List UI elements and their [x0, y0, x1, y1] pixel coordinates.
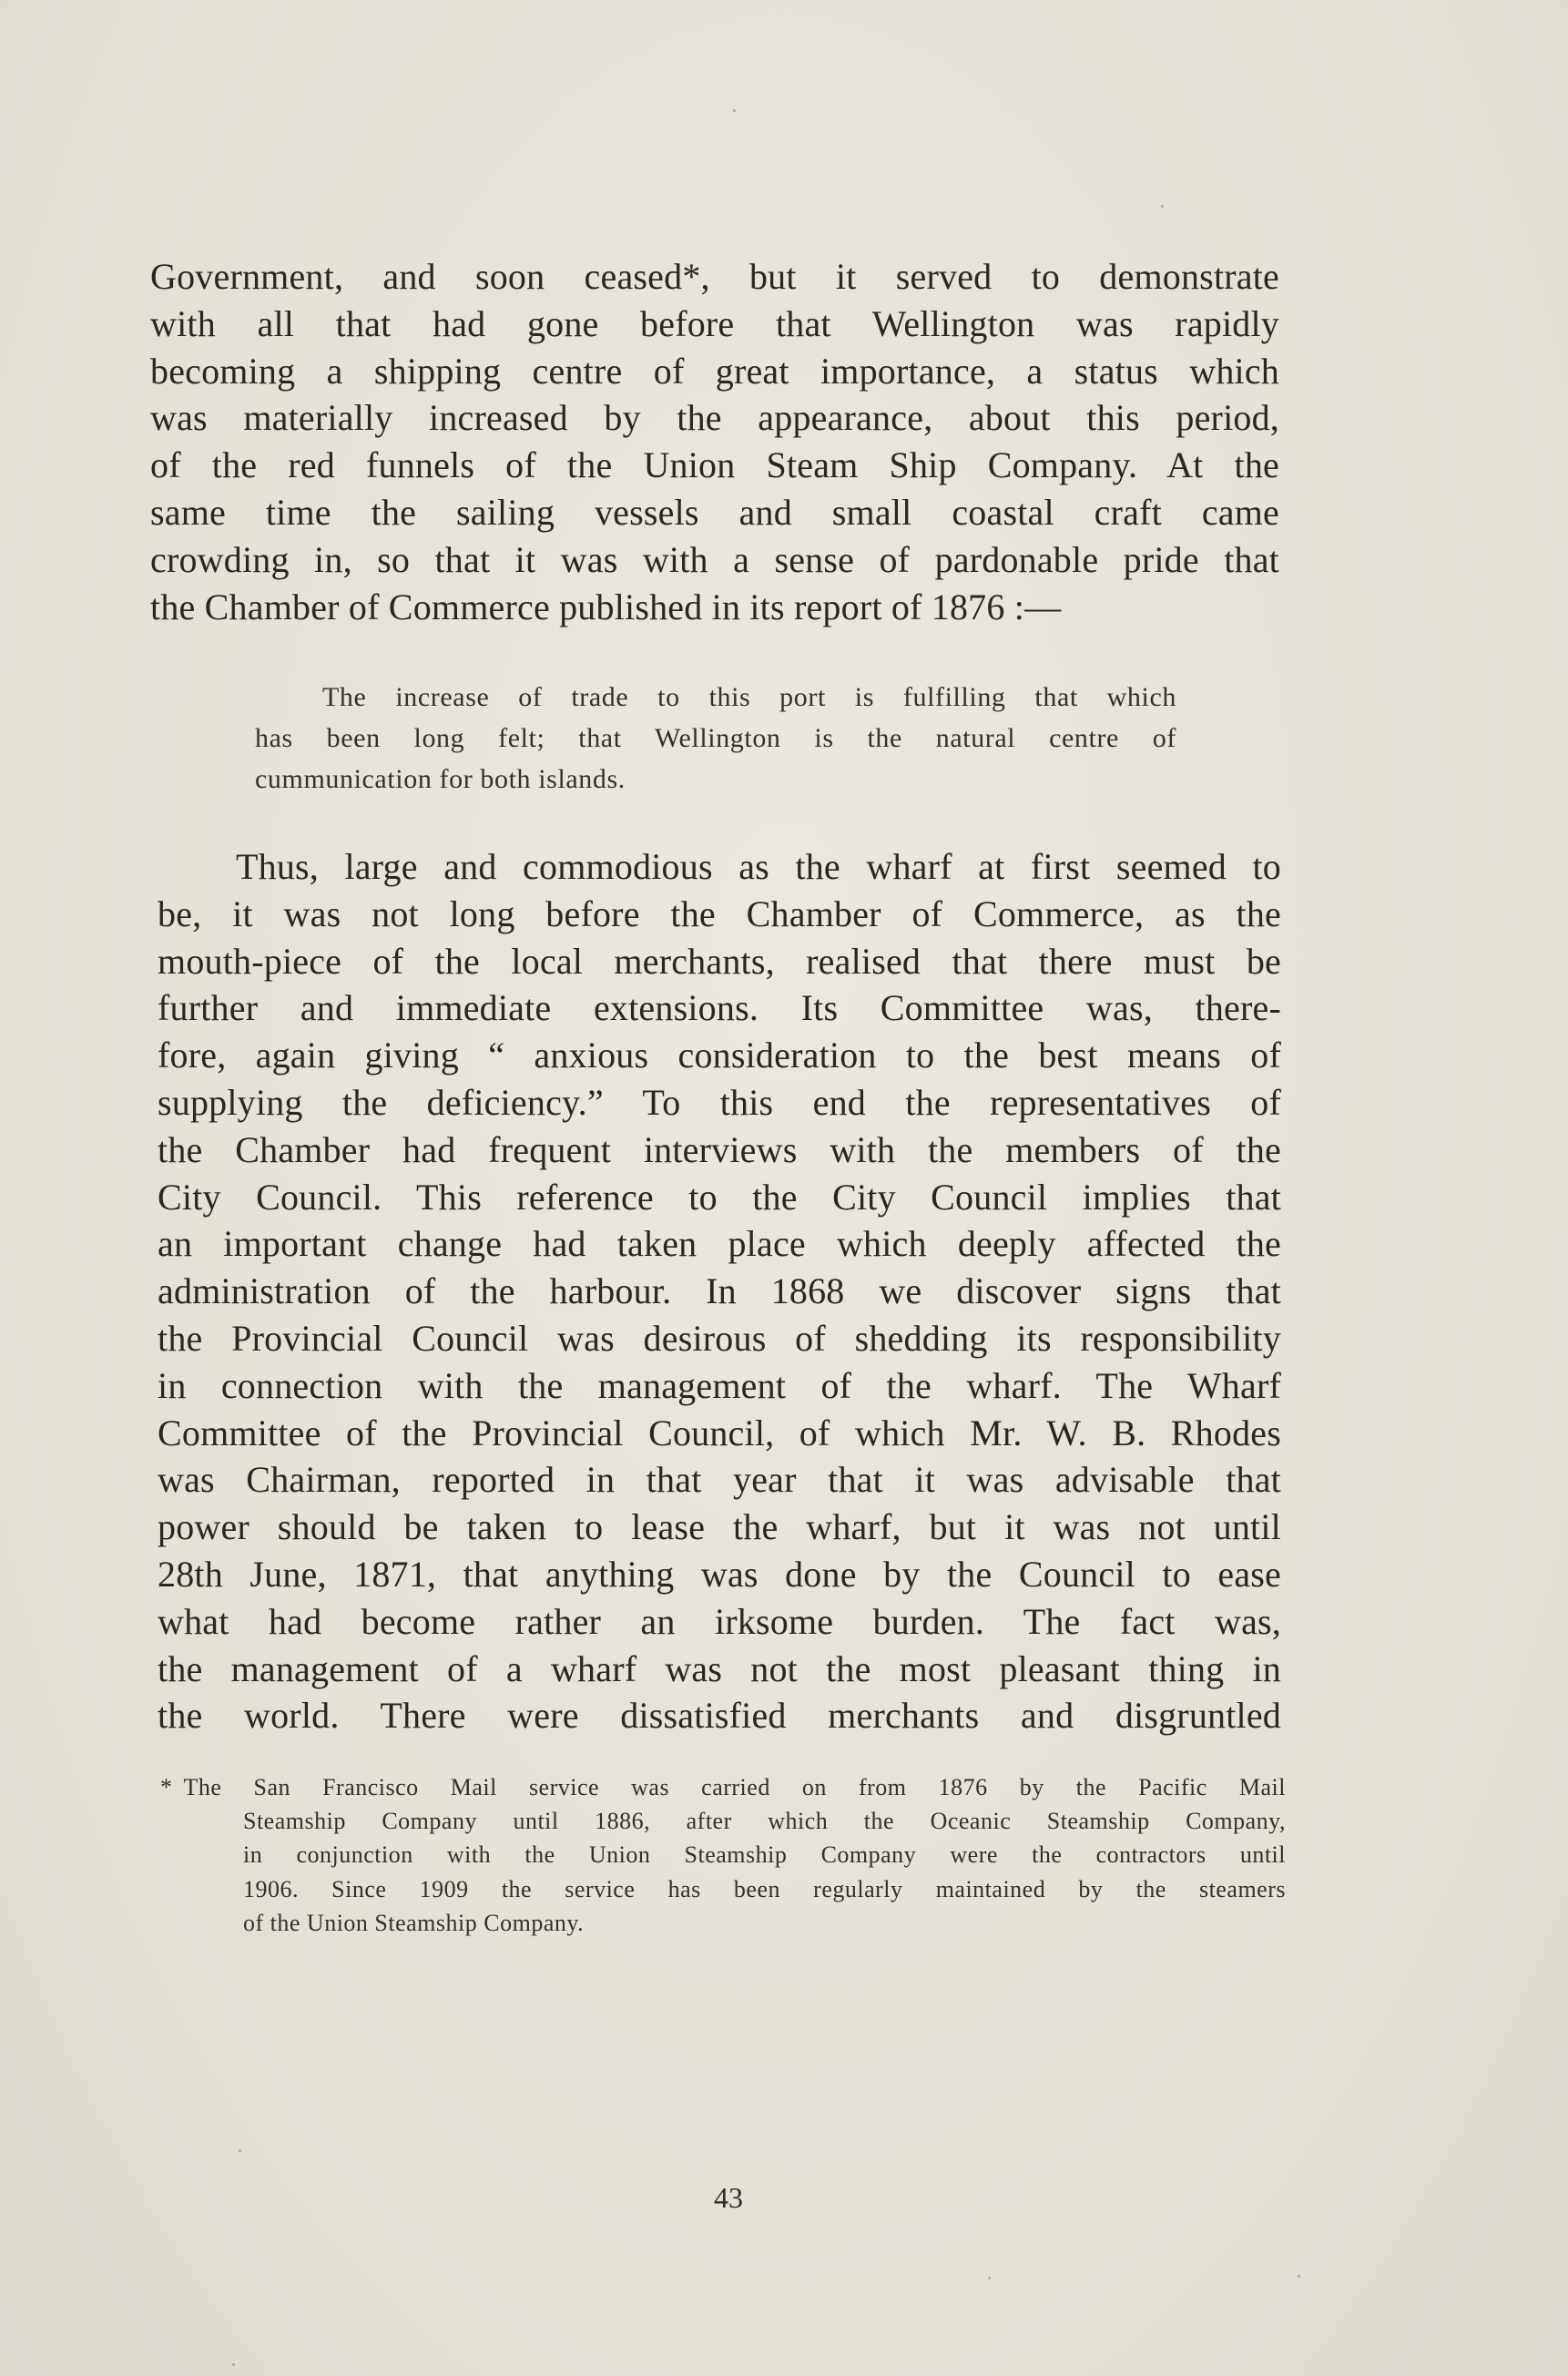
text-line: the Provincial Council was desirous of s… — [158, 1315, 1281, 1362]
text-line: the management of a wharf was not the mo… — [158, 1646, 1281, 1693]
text-line: Thus, large and commodious as the wharf … — [158, 843, 1281, 891]
text-line: further and immediate extensions. Its Co… — [158, 984, 1281, 1032]
footnote-line: of the Union Steamship Company. — [160, 1906, 1286, 1940]
footnote-line: 1906. Since 1909 the service has been re… — [160, 1872, 1286, 1906]
quote-line: cummunication for both islands. — [255, 759, 1176, 800]
paper-speck — [232, 2363, 235, 2366]
footnote-line: *The San Francisco Mail service was carr… — [160, 1770, 1286, 1804]
text-line: the Chamber of Commerce published in its… — [150, 584, 1279, 631]
text-line: of the red funnels of the Union Steam Sh… — [150, 442, 1279, 489]
text-line: be, it was not long before the Chamber o… — [158, 891, 1281, 938]
block-quotation: The increase of trade to this port is fu… — [255, 677, 1176, 800]
paper-speck — [1298, 2275, 1300, 2278]
paragraph-continued: Government, and soon ceased*, but it ser… — [150, 253, 1279, 630]
text-line: becoming a shipping centre of great impo… — [150, 348, 1279, 395]
text-line: 28th June, 1871, that anything was done … — [158, 1551, 1281, 1598]
text-line: City Council. This reference to the City… — [158, 1174, 1281, 1221]
text-line: an important change had taken place whic… — [158, 1220, 1281, 1268]
paper-speck — [988, 2277, 991, 2279]
quote-line: The increase of trade to this port is fu… — [255, 677, 1176, 718]
text-line: Committee of the Provincial Council, of … — [158, 1410, 1281, 1457]
text-line: same time the sailing vessels and small … — [150, 489, 1279, 536]
paper-speck — [733, 109, 736, 112]
text-line: administration of the harbour. In 1868 w… — [158, 1268, 1281, 1315]
text-line: crowding in, so that it was with a sense… — [150, 536, 1279, 584]
paragraph-main: Thus, large and commodious as the wharf … — [158, 843, 1281, 1739]
text-line: was materially increased by the appearan… — [150, 394, 1279, 442]
paper-speck — [239, 2149, 241, 2152]
footnote-text: The San Francisco Mail service was carri… — [184, 1774, 1287, 1800]
footnote-marker: * — [160, 1774, 173, 1800]
footnote-line: Steamship Company until 1886, after whic… — [160, 1804, 1286, 1838]
text-line: power should be taken to lease the wharf… — [158, 1504, 1281, 1551]
text-line: with all that had gone before that Welli… — [150, 301, 1279, 348]
book-page: Government, and soon ceased*, but it ser… — [0, 0, 1568, 2376]
footnote-line: in conjunction with the Union Steamship … — [160, 1838, 1286, 1871]
paper-speck — [1161, 205, 1164, 208]
text-line: the Chamber had frequent interviews with… — [158, 1127, 1281, 1174]
text-line: fore, again giving “ anxious considerati… — [158, 1032, 1281, 1079]
text-line: what had become rather an irksome burden… — [158, 1598, 1281, 1646]
text-line: the world. There were dissatisfied merch… — [158, 1692, 1281, 1739]
text-line: supplying the deficiency.” To this end t… — [158, 1079, 1281, 1127]
quote-line: has been long felt; that Wellington is t… — [255, 718, 1176, 759]
text-line: was Chairman, reported in that year that… — [158, 1456, 1281, 1504]
footnote: *The San Francisco Mail service was carr… — [160, 1770, 1286, 1940]
text-line: Government, and soon ceased*, but it ser… — [150, 253, 1279, 301]
page-number: 43 — [0, 2181, 1457, 2215]
text-line: in connection with the management of the… — [158, 1362, 1281, 1410]
text-line: mouth-piece of the local merchants, real… — [158, 938, 1281, 985]
